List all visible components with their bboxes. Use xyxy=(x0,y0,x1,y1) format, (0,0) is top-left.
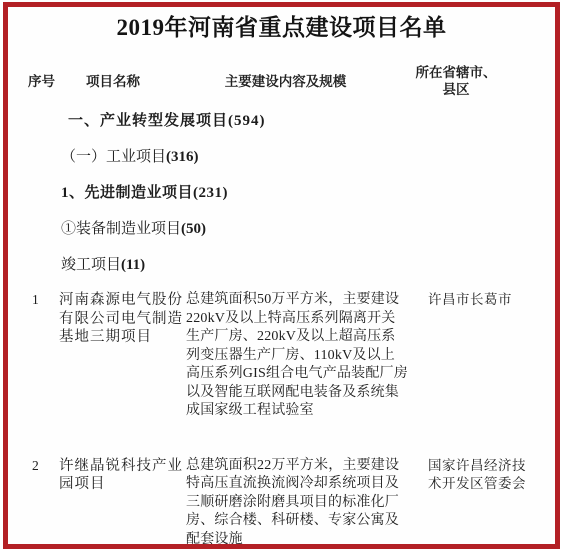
project-name-cell: 许继晶锐科技产业园项目 xyxy=(59,457,186,494)
section-count: (50) xyxy=(181,221,206,237)
column-header-location: 所在省辖市、县区 xyxy=(413,64,499,98)
project-name-cell: 河南森源电气股份有限公司电气制造基地三期项目 xyxy=(59,291,186,347)
section-count: (231) xyxy=(193,185,228,201)
location-cell: 国家许昌经济技术开发区管委会 xyxy=(408,457,528,494)
document-title: 2019年河南省重点建设项目名单 xyxy=(8,13,555,43)
section-count: (316) xyxy=(166,149,199,165)
section-label: ①装备制造业项目 xyxy=(61,221,181,237)
section-heading-industry-transformation: 一、产业转型发展项目(594) xyxy=(26,111,555,131)
row-number-cell: 2 xyxy=(26,457,59,476)
section-count: (11) xyxy=(121,257,145,273)
column-header-project-name: 项目名称 xyxy=(59,73,186,90)
section-label: 一、产业转型发展项目 xyxy=(68,113,228,129)
column-header-content-scale: 主要建设内容及规模 xyxy=(186,73,408,90)
column-header-no: 序号 xyxy=(26,73,59,90)
section-heading-industrial-projects: （一）工业项目(316) xyxy=(26,147,555,167)
scanned-document-page: 2019年河南省重点建设项目名单 序号 项目名称 主要建设内容及规模 所在省辖市… xyxy=(0,0,562,553)
section-label: 1、先进制造业项目 xyxy=(61,185,193,201)
section-label: （一）工业项目 xyxy=(61,149,166,165)
table-row: 2 许继晶锐科技产业园项目 总建筑面积22万平方米，主要建设特高压直流换流阀冷却… xyxy=(26,457,555,550)
table-row: 1 河南森源电气股份有限公司电气制造基地三期项目 总建筑面积50万平方米，主要建… xyxy=(26,291,555,421)
section-count: (594) xyxy=(228,113,266,129)
section-label: 竣工项目 xyxy=(61,257,121,273)
section-heading-completed-projects: 竣工项目(11) xyxy=(26,255,555,275)
red-border-frame: 2019年河南省重点建设项目名单 序号 项目名称 主要建设内容及规模 所在省辖市… xyxy=(3,2,560,549)
table-header-row: 序号 项目名称 主要建设内容及规模 所在省辖市、县区 xyxy=(26,64,555,98)
location-cell: 许昌市长葛市 xyxy=(408,291,528,310)
section-heading-equipment-manufacturing: ①装备制造业项目(50) xyxy=(26,219,555,239)
construction-content-cell: 总建筑面积22万平方米，主要建设特高压直流换流阀冷却系统项目及三顺研磨涂附磨具项… xyxy=(186,457,408,550)
section-heading-advanced-manufacturing: 1、先进制造业项目(231) xyxy=(26,183,555,203)
construction-content-cell: 总建筑面积50万平方米，主要建设220kV及以上特高压系列隔离开关生产厂房、22… xyxy=(186,291,408,421)
section-heading-list: 一、产业转型发展项目(594) （一）工业项目(316) 1、先进制造业项目(2… xyxy=(26,111,555,275)
row-number-cell: 1 xyxy=(26,291,59,310)
